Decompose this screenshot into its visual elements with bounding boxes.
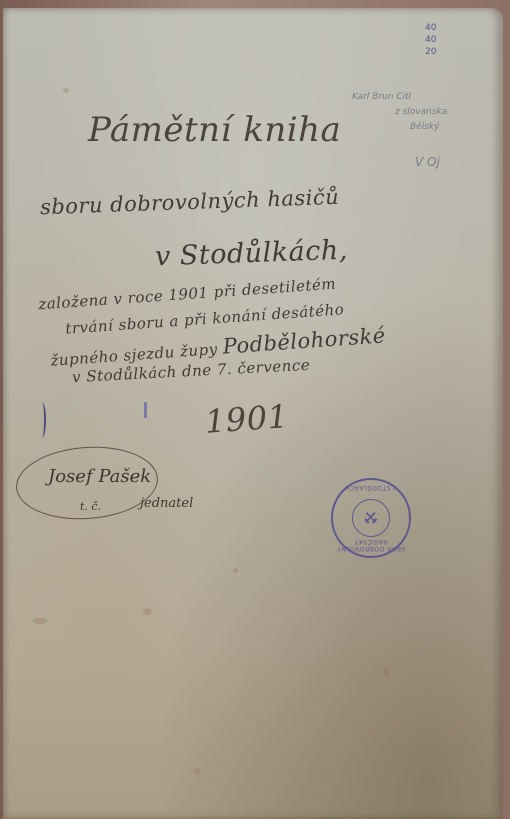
foxing-spot bbox=[383, 668, 390, 677]
shelf-mark-line: 40 bbox=[425, 34, 436, 46]
shelf-mark-line: 20 bbox=[425, 46, 436, 58]
shelf-mark-line: 40 bbox=[425, 22, 436, 34]
firefighter-emblem-icon: ⚒ bbox=[352, 499, 390, 537]
blue-ink-mark bbox=[144, 402, 147, 418]
official-stamp: SBOR DOBROVOLNÝ HASIČSKÝ ⚒ V STODŮLKÁCH bbox=[331, 478, 411, 558]
foxing-spot bbox=[143, 608, 152, 615]
signature-role: jednatel bbox=[140, 496, 193, 511]
stamp-text-bottom: V STODŮLKÁCH bbox=[333, 484, 409, 491]
foxing-spot bbox=[63, 88, 69, 93]
pencil-note-line: Karl Brun Citl bbox=[352, 92, 411, 102]
pencil-note-line: Bělský bbox=[410, 122, 439, 132]
document-year: 1901 bbox=[204, 397, 290, 441]
stamp-text-top: SBOR DOBROVOLNÝ HASIČSKÝ bbox=[333, 538, 409, 552]
document-title: Pámětní kniha bbox=[88, 110, 341, 150]
shelf-mark: 40 40 20 bbox=[425, 22, 436, 58]
pencil-mark: V Oj bbox=[415, 155, 440, 169]
foxing-spot bbox=[193, 768, 201, 774]
foxing-spot bbox=[233, 568, 238, 573]
ink-bracket-mark bbox=[38, 402, 46, 438]
signature-abbr: t. č. bbox=[80, 500, 101, 513]
pencil-note-line: z slovanska bbox=[395, 107, 447, 117]
signature-name: Josef Pašek bbox=[48, 466, 151, 487]
foxing-spot bbox=[33, 618, 47, 624]
